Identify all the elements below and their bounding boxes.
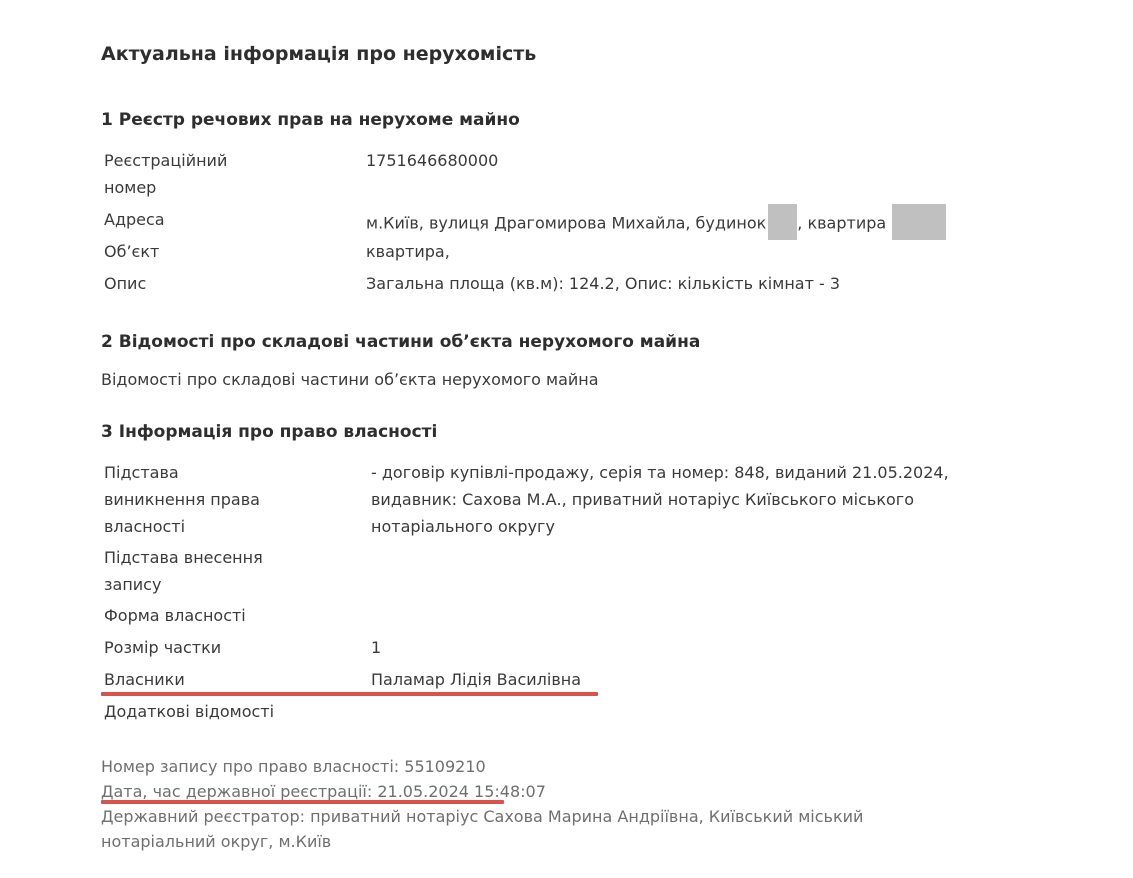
object-label: Об’єкт	[104, 238, 344, 265]
owners-value: Паламар Лідія Василівна	[371, 666, 581, 693]
registration-number-value: 1751646680000	[366, 147, 498, 174]
address-label: Адреса	[104, 206, 344, 233]
address-text: м.Київ, вулиця Драгомирова Михайла, буди…	[366, 214, 766, 233]
record-number: Номер запису про право власності: 551092…	[101, 754, 486, 779]
address-row: Адреса м.Київ, вулиця Драгомирова Михайл…	[104, 206, 1034, 233]
label-line: Підстава	[104, 459, 344, 486]
address-value: м.Київ, вулиця Драгомирова Михайла, буди…	[366, 206, 946, 242]
description-row: Опис Загальна площа (кв.м): 124.2, Опис:…	[104, 270, 1034, 297]
label-line: Підстава внесення	[104, 544, 344, 571]
value-line: видавник: Сахова М.А., приватний нотаріу…	[371, 486, 949, 513]
owners-row: Власники Паламар Лідія Василівна	[104, 666, 1034, 693]
share-size-label: Розмір частки	[104, 634, 344, 661]
entry-basis-label: Підстава внесення запису	[104, 544, 344, 598]
description-label: Опис	[104, 270, 344, 297]
share-size-row: Розмір частки 1	[104, 634, 1034, 661]
entry-basis-row: Підстава внесення запису	[104, 544, 1034, 598]
description-value: Загальна площа (кв.м): 124.2, Опис: кіль…	[366, 270, 840, 297]
section-1-heading: 1 Реєстр речових прав на нерухоме майно	[101, 110, 520, 130]
ownership-basis-value: - договір купівлі-продажу, серія та номе…	[371, 459, 949, 540]
label-line: власності	[104, 513, 344, 540]
owners-label: Власники	[104, 666, 344, 693]
ownership-basis-label: Підстава виникнення права власності	[104, 459, 344, 540]
share-size-value: 1	[371, 634, 381, 661]
additional-info-row: Додаткові відомості	[104, 698, 1034, 725]
registration-number-label: Реєстраційний номер	[104, 147, 344, 201]
label-line: номер	[104, 174, 344, 201]
label-line: Реєстраційний	[104, 147, 344, 174]
address-text-apartment: , квартира	[797, 214, 886, 233]
ownership-basis-row: Підстава виникнення права власності - до…	[104, 459, 1034, 540]
object-row: Об’єкт квартира,	[104, 238, 1034, 265]
object-value: квартира,	[366, 238, 450, 265]
registration-number-row: Реєстраційний номер 1751646680000	[104, 147, 1034, 201]
ownership-form-row: Форма власності	[104, 602, 1034, 629]
additional-info-label: Додаткові відомості	[104, 698, 344, 725]
registrar-line-2: нотаріальний округ, м.Київ	[101, 829, 331, 854]
page-title: Актуальна інформація про нерухомість	[101, 43, 536, 65]
value-line: нотаріального округу	[371, 513, 949, 540]
owners-highlight-underline	[101, 692, 598, 696]
registration-time: 15:48:07	[469, 782, 546, 801]
section-2-text: Відомості про складові частини об’єкта н…	[101, 370, 599, 389]
section-2-heading: 2 Відомості про складові частини об’єкта…	[101, 332, 700, 352]
ownership-form-label: Форма власності	[104, 602, 344, 629]
label-line: виникнення права	[104, 486, 344, 513]
label-line: запису	[104, 571, 344, 598]
redacted-building-number	[768, 204, 797, 240]
redacted-apartment-number	[892, 204, 946, 240]
registration-date: Дата, час державної реєстрації: 21.05.20…	[101, 782, 469, 801]
section-3-heading: 3 Інформація про право власності	[101, 422, 437, 442]
value-line: - договір купівлі-продажу, серія та номе…	[371, 459, 949, 486]
registrar-line-1: Державний реєстратор: приватний нотаріус…	[101, 804, 863, 829]
